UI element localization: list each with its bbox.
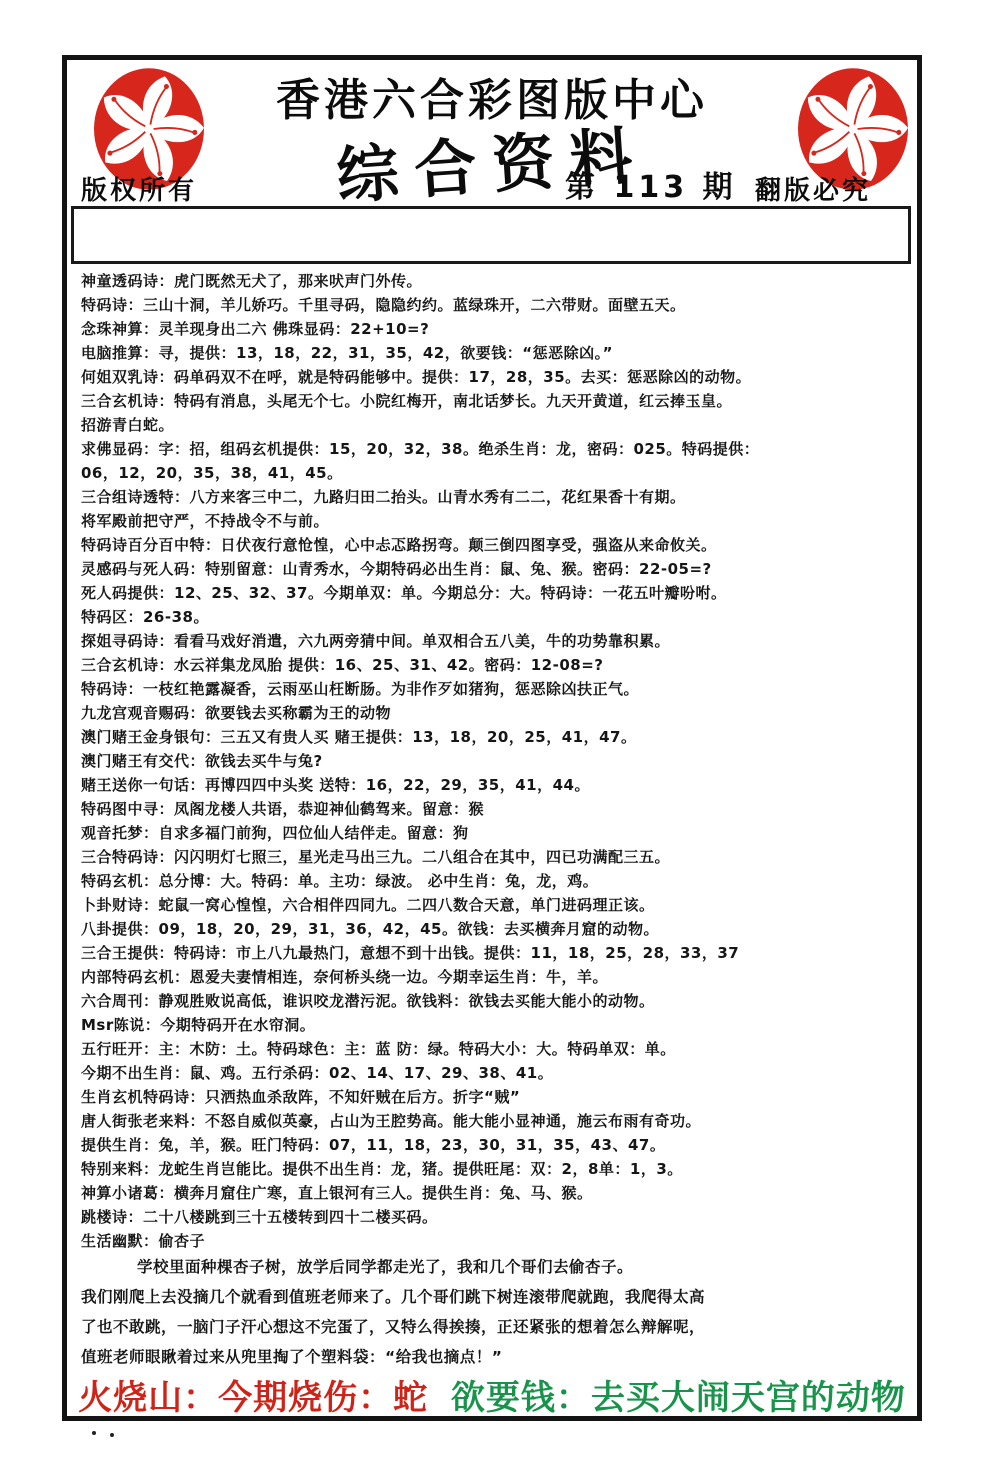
text-line: 生肖玄机特码诗：只洒热血杀敌阵，不知奸贼在后方。折字“贼” bbox=[81, 1085, 909, 1109]
issue-number: 第 113 期 bbox=[565, 162, 737, 206]
story-line: 值班老师眼瞅着过来从兜里掏了个塑料袋：“给我也摘点！” bbox=[81, 1342, 909, 1372]
text-line: 特码诗：一枝红艳露凝香，云雨巫山枉断肠。为非作歹如猪狗，惩恶除凶扶正气。 bbox=[81, 677, 909, 701]
text-line: 招游青白蛇。 bbox=[81, 413, 909, 437]
scan-artifact-dot bbox=[110, 1433, 114, 1437]
copyright-note: 版权所有 bbox=[81, 170, 197, 207]
footer-green-tip: 欲要钱：去买大闹天宫的动物 bbox=[451, 1378, 906, 1418]
text-line: 澳门赌王有交代：欲钱去买牛与兔? bbox=[81, 749, 909, 773]
text-line: 九龙宫观音赐码：欲要钱去买称霸为王的动物 bbox=[81, 701, 909, 725]
text-line: 特码图中寻：凤阁龙楼人共语，恭迎神仙鹤驾来。留意：猴 bbox=[81, 797, 909, 821]
lottery-sheet-page: 香港六合彩图版中心 综合资料 第 113 期 版权所有 翻版必究 神童透码诗：虎… bbox=[62, 55, 922, 1421]
humor-story-lines: 学校里面种棵杏子树，放学后同学都走光了，我和几个哥们去偷杏子。我们刚爬上去没摘几… bbox=[81, 1252, 909, 1372]
text-line: 生活幽默：偷杏子 bbox=[81, 1229, 909, 1253]
text-line: 提供生肖：兔，羊，猴。旺门特码：07，11，18，23，30，31，35，43、… bbox=[81, 1133, 909, 1157]
story-line: 了也不敢跳，一脑门子汗心想这不完蛋了，又特么得挨揍，正还紧张的想着怎么辩解呢， bbox=[81, 1312, 909, 1342]
text-line: 观音托梦：自求多福门前狗，四位仙人结伴走。留意：狗 bbox=[81, 821, 909, 845]
text-line: 三合玄机诗：水云祥集龙凤胎 提供：16、25、31、42。密码：12-08=? bbox=[81, 653, 909, 677]
footer-red-tip: 火烧山：今期烧伤：蛇 bbox=[78, 1378, 428, 1418]
anti-piracy-note: 翻版必究 bbox=[755, 170, 871, 207]
text-line: 探姐寻码诗：看看马戏好消遣，六九两旁猜中间。单双相合五八美，牛的功势靠积累。 bbox=[81, 629, 909, 653]
text-line: 澳门赌王金身银句：三五又有贵人买 赌王提供：13，18，20，25，41，47。 bbox=[81, 725, 909, 749]
text-line: 内部特码玄机：恩爱夫妻情相连，奈何桥头绕一边。今期幸运生肖：牛，羊。 bbox=[81, 965, 909, 989]
text-line: 三合王提供：特码诗：市上八九最热门，意想不到十出钱。提供：11，18，25，28… bbox=[81, 941, 909, 965]
story-line: 学校里面种棵杏子树，放学后同学都走光了，我和几个哥们去偷杏子。 bbox=[81, 1252, 909, 1282]
text-line: 神童透码诗：虎门既然无犬了，那来吠声门外传。 bbox=[81, 269, 909, 293]
text-line: 求佛显码：字：招，组码玄机提供：15，20，32，38。绝杀生肖：龙，密码：02… bbox=[81, 437, 909, 461]
text-line: 五行旺开：主：木防：土。特码球色：主：蓝 防：绿。特码大小：大。特码单双：单。 bbox=[81, 1037, 909, 1061]
text-line: 特码区：26-38。 bbox=[81, 605, 909, 629]
text-line: 三合玄机诗：特码有消息，头尾无个七。小院红梅开，南北话梦长。九天开黄道，红云捧玉… bbox=[81, 389, 909, 413]
text-line: Msr陈说：今期特码开在水帘洞。 bbox=[81, 1013, 909, 1037]
text-line: 卜卦财诗：蛇鼠一窝心惶惶，六合相伴四同九。二四八数合天意，单门进码理正该。 bbox=[81, 893, 909, 917]
empty-notice-box bbox=[71, 206, 911, 264]
text-line: 死人码提供：12、25、32、37。今期单双：单。今期总分：大。特码诗：一花五叶… bbox=[81, 581, 909, 605]
text-line: 跳楼诗：二十八楼跳到三十五楼转到四十二楼买码。 bbox=[81, 1205, 909, 1229]
story-line: 我们刚爬上去没摘几个就看到值班老师来了。几个哥们跳下树连滚带爬就跑，我爬得太高 bbox=[81, 1282, 909, 1312]
scan-artifact-dot bbox=[92, 1431, 96, 1435]
text-line: 唐人街张老来料：不怒自威似英豪，占山为王腔势高。能大能小显神通，施云布雨有奇功。 bbox=[81, 1109, 909, 1133]
text-line: 电脑推算：寻，提供：13，18，22，31，35，42，欲要钱：“惩恶除凶。” bbox=[81, 341, 909, 365]
text-line: 今期不出生肖：鼠、鸡。五行杀码：02、14、17、29、38、41。 bbox=[81, 1061, 909, 1085]
footer-banner: 火烧山：今期烧伤：蛇 欲要钱：去买大闹天宫的动物 bbox=[67, 1370, 917, 1419]
text-line: 八卦提供：09，18，20，29，31，36，42，45。欲钱：去买横奔月窟的动… bbox=[81, 917, 909, 941]
text-line: 三合组诗透特：八方来客三中二，九路归田二抬头。山青水秀有二二，花红果香十有期。 bbox=[81, 485, 909, 509]
text-line: 赌王送你一句话：再博四四中头奖 送特：16，22，29，35，41，44。 bbox=[81, 773, 909, 797]
text-line: 06，12，20，35，38，41，45。 bbox=[81, 461, 909, 485]
text-line: 特码诗：三山十洞，羊儿娇巧。千里寻码，隐隐约约。蓝绿珠开，二六带财。面壁五天。 bbox=[81, 293, 909, 317]
text-line: 特别来料：龙蛇生肖岂能比。提供不出生肖：龙，猪。提供旺尾：双：2，8单：1，3。 bbox=[81, 1157, 909, 1181]
text-line: 将军殿前把守严，不持战令不与前。 bbox=[81, 509, 909, 533]
text-line: 神算小诸葛：横奔月窟住广寒，直上银河有三人。提供生肖：兔、马、猴。 bbox=[81, 1181, 909, 1205]
text-line: 三合特码诗：闪闪明灯七照三，星光走马出三九。二八组合在其中，四已功满配三五。 bbox=[81, 845, 909, 869]
text-line: 何姐双乳诗：码单码双不在呼，就是特码能够中。提供：17，28，35。去买：惩恶除… bbox=[81, 365, 909, 389]
text-line: 灵感码与死人码：特别留意：山青秀水，今期特码必出生肖：鼠、兔、猴。密码：22-0… bbox=[81, 557, 909, 581]
body-lines: 神童透码诗：虎门既然无犬了，那来吠声门外传。特码诗：三山十洞，羊儿娇巧。千里寻码… bbox=[81, 269, 909, 1253]
text-line: 特码玄机：总分博：大。特码：单。主功：绿波。 必中生肖：兔，龙，鸡。 bbox=[81, 869, 909, 893]
text-line: 六合周刊：静观胜败说高低，谁识咬龙潜污泥。欲钱料：欲钱去买能大能小的动物。 bbox=[81, 989, 909, 1013]
text-line: 特码诗百分百中特：日伏夜行意怆惶，心中忐忑路拐弯。颠三倒四图享受，强盗从来命攸关… bbox=[81, 533, 909, 557]
text-line: 念珠神算：灵羊现身出二六 佛珠显码：22+10=? bbox=[81, 317, 909, 341]
